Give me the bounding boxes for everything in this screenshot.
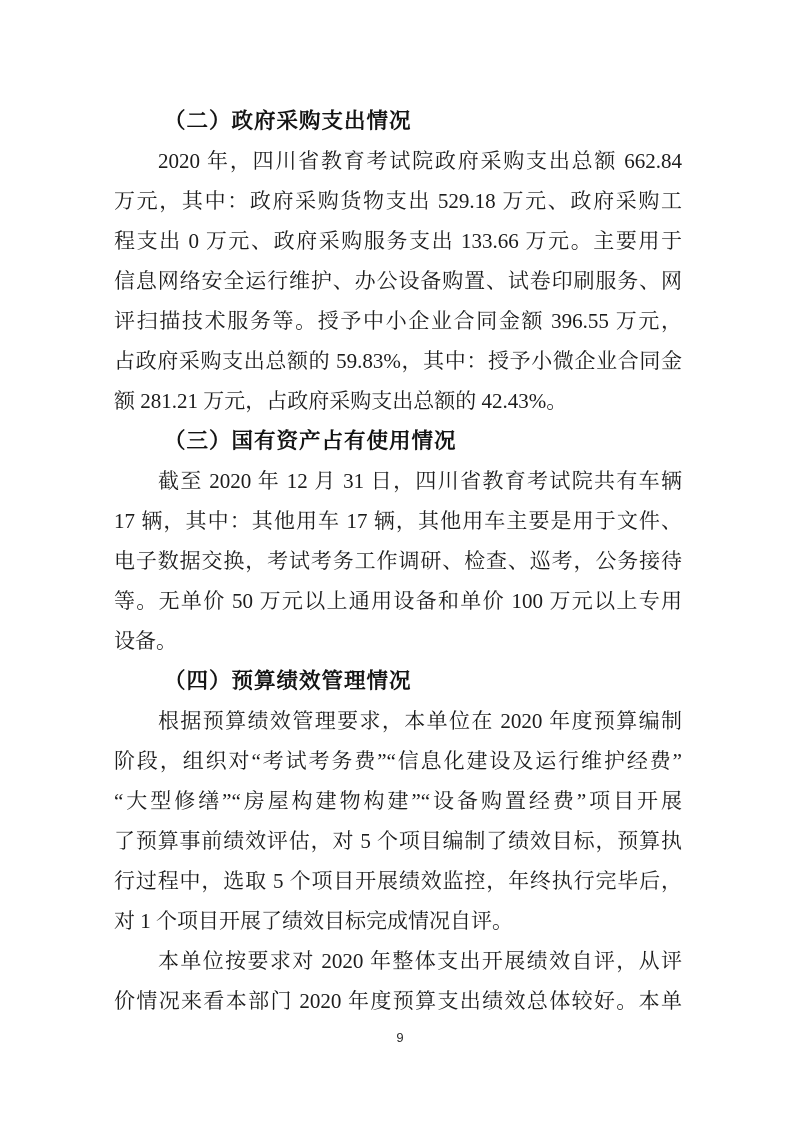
body-line: 了预算事前绩效评估，对 5 个项目编制了绩效目标，预算执 [114, 821, 682, 861]
body-line: 占政府采购支出总额的 59.83%，其中：授予小微企业合同金 [114, 341, 682, 381]
body-line: 本单位按要求对 2020 年整体支出开展绩效自评，从评 [114, 941, 682, 981]
body-line: 万元，其中：政府采购货物支出 529.18 万元、政府采购工 [114, 181, 682, 221]
body-line: 设备。 [114, 621, 682, 661]
section-heading-budget-performance: （四）预算绩效管理情况 [114, 661, 682, 701]
body-line: 17 辆，其中：其他用车 17 辆，其他用车主要是用于文件、 [114, 501, 682, 541]
body-line: 对 1 个项目开展了绩效目标完成情况自评。 [114, 901, 682, 941]
body-line: 等。无单价 50 万元以上通用设备和单价 100 万元以上专用 [114, 581, 682, 621]
body-line: 程支出 0 万元、政府采购服务支出 133.66 万元。主要用于 [114, 221, 682, 261]
body-line: 阶段，组织对“考试考务费”“信息化建设及运行维护经费” [114, 741, 682, 781]
body-line: 额 281.21 万元，占政府采购支出总额的 42.43%。 [114, 381, 682, 421]
page-number: 9 [0, 1030, 800, 1045]
body-line: 信息网络安全运行维护、办公设备购置、试卷印刷服务、网 [114, 261, 682, 301]
body-line: 截至 2020 年 12 月 31 日，四川省教育考试院共有车辆 [114, 461, 682, 501]
body-line: 根据预算绩效管理要求，本单位在 2020 年度预算编制 [114, 701, 682, 741]
document-page: （二）政府采购支出情况 2020 年，四川省教育考试院政府采购支出总额 662.… [0, 0, 800, 1131]
document-text: （二）政府采购支出情况 2020 年，四川省教育考试院政府采购支出总额 662.… [114, 101, 682, 1021]
body-line: 电子数据交换，考试考务工作调研、检查、巡考，公务接待 [114, 541, 682, 581]
body-line: 评扫描技术服务等。授予中小企业合同金额 396.55 万元， [114, 301, 682, 341]
body-line: 2020 年，四川省教育考试院政府采购支出总额 662.84 [114, 141, 682, 181]
body-line: 价情况来看本部门 2020 年度预算支出绩效总体较好。本单 [114, 981, 682, 1021]
body-line: “大型修缮”“房屋构建物构建”“设备购置经费”项目开展 [114, 781, 682, 821]
section-heading-state-assets: （三）国有资产占有使用情况 [114, 421, 682, 461]
section-heading-procurement: （二）政府采购支出情况 [114, 101, 682, 141]
body-line: 行过程中，选取 5 个项目开展绩效监控，年终执行完毕后， [114, 861, 682, 901]
